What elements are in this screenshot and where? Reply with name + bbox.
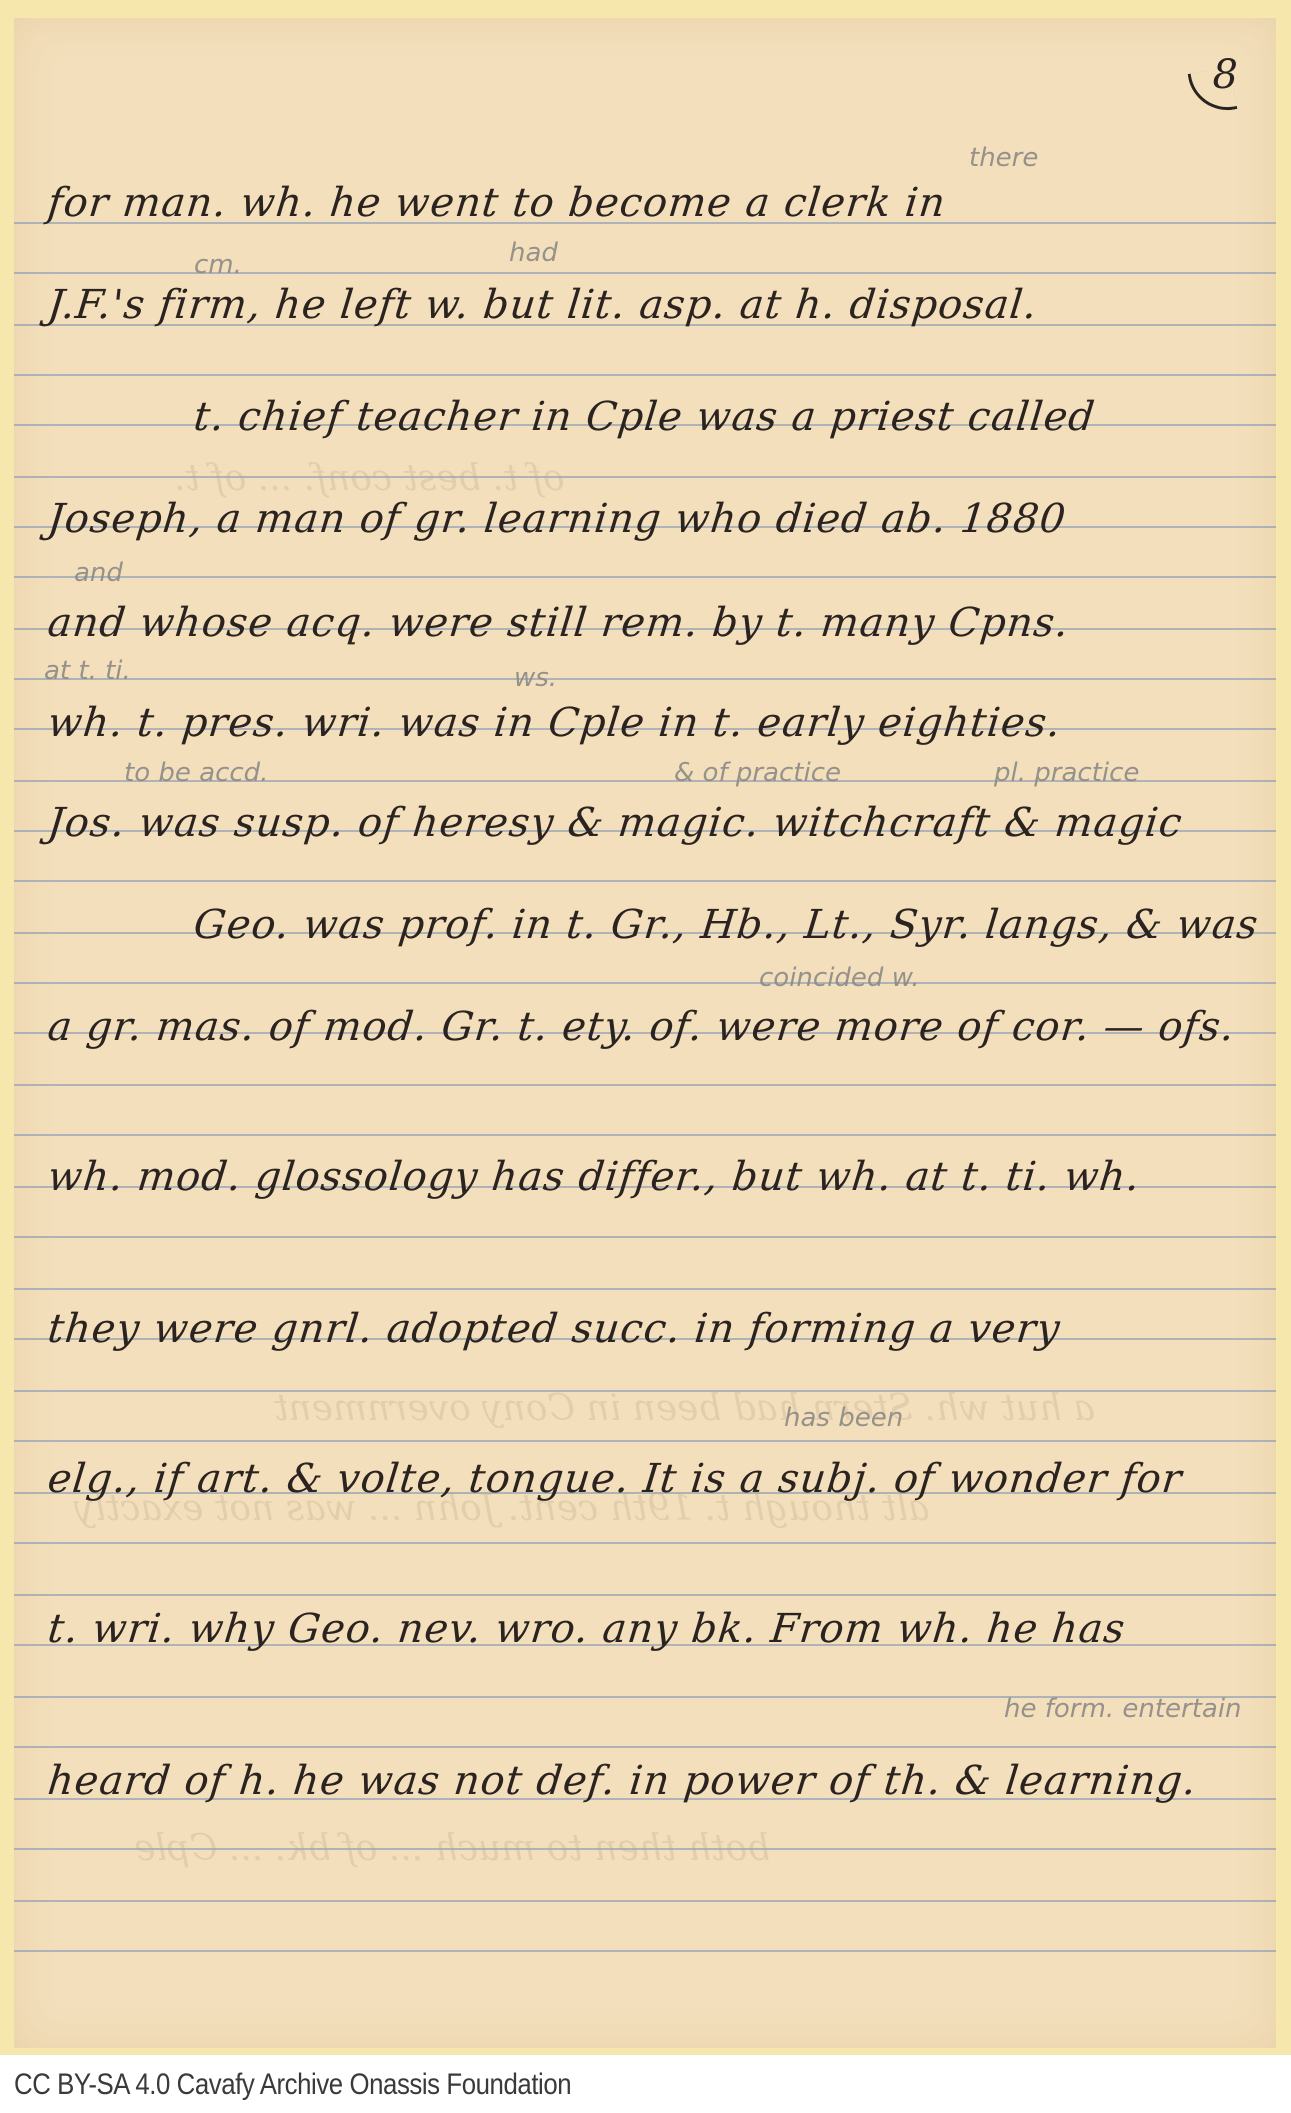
pencil-annotation: at t. ti. [44, 656, 131, 686]
manuscript-line: for man. wh. he went to become a clerk i… [46, 180, 1249, 226]
manuscript-line: t. wri. why Geo. nev. wro. any bk. From … [46, 1606, 1249, 1652]
pencil-annotation: he form. entertain [1004, 1694, 1242, 1724]
pencil-annotation: and [74, 558, 123, 588]
manuscript-line: Geo. was prof. in t. Gr., Hb., Lt., Syr.… [192, 902, 1249, 948]
ruled-line [14, 374, 1276, 376]
manuscript-line: wh. t. pres. wri. was in Cple in t. earl… [46, 700, 1249, 746]
manuscript-line: Joseph, a man of gr. learning who died a… [46, 496, 1249, 542]
pencil-annotation: coincided w. [759, 963, 920, 993]
manuscript-line: they were gnrl. adopted succ. in forming… [46, 1306, 1249, 1352]
ruled-line [14, 982, 1276, 984]
manuscript-line: t. chief teacher in Cple was a priest ca… [192, 394, 1249, 440]
ruled-line [14, 576, 1276, 578]
ruled-line [14, 1084, 1276, 1086]
ruled-line [14, 1236, 1276, 1238]
pencil-annotation: pl. practice [994, 758, 1139, 788]
ruled-line [14, 1746, 1276, 1748]
manuscript-line: heard of h. he was not def. in power of … [46, 1758, 1249, 1804]
ruled-line [14, 1542, 1276, 1544]
license-credit: CC BY-SA 4.0 Cavafy Archive Onassis Foun… [14, 2068, 571, 2102]
manuscript-line: elg., if art. & volte, tongue. It is a s… [46, 1456, 1249, 1502]
manuscript-line: J.F.'s firm, he left w. but lit. asp. at… [46, 282, 1249, 328]
manuscript-line: and whose acq. were still rem. by t. man… [46, 600, 1249, 646]
ruled-line [14, 1900, 1276, 1902]
pencil-annotation: cm. [194, 250, 242, 280]
bleed-through-text: of t. best conf. ... of t. [174, 458, 565, 499]
manuscript-line: a gr. mas. of mod. Gr. t. ety. of. were … [46, 1004, 1249, 1050]
ruled-line [14, 1950, 1276, 1952]
ruled-line [14, 880, 1276, 882]
ruled-line [14, 1134, 1276, 1136]
manuscript-line: wh. mod. glossology has differ., but wh.… [46, 1154, 1249, 1200]
pencil-annotation: ws. [514, 663, 557, 693]
ruled-line [14, 678, 1276, 680]
pencil-annotation: has been [784, 1403, 903, 1433]
pencil-annotation: & of practice [674, 758, 841, 788]
scan-background: of t. best conf. ... of t. a hut wh. Ste… [0, 0, 1291, 2055]
ruled-line [14, 1288, 1276, 1290]
manuscript-page: of t. best conf. ... of t. a hut wh. Ste… [14, 18, 1276, 2048]
pencil-annotation: there [969, 143, 1038, 173]
manuscript-line: Jos. was susp. of heresy & magic. witchc… [46, 800, 1249, 846]
pencil-annotation: to be accd. [124, 758, 268, 788]
page-number: 8 [1213, 52, 1238, 98]
ruled-line [14, 1594, 1276, 1596]
bleed-through-text: both then to much ... of bk. ... Cple [134, 1828, 770, 1869]
pencil-annotation: had [509, 238, 558, 268]
bleed-through-text: a hut wh. Stern had been in Cony overnme… [274, 1388, 1095, 1429]
ruled-line [14, 1440, 1276, 1442]
